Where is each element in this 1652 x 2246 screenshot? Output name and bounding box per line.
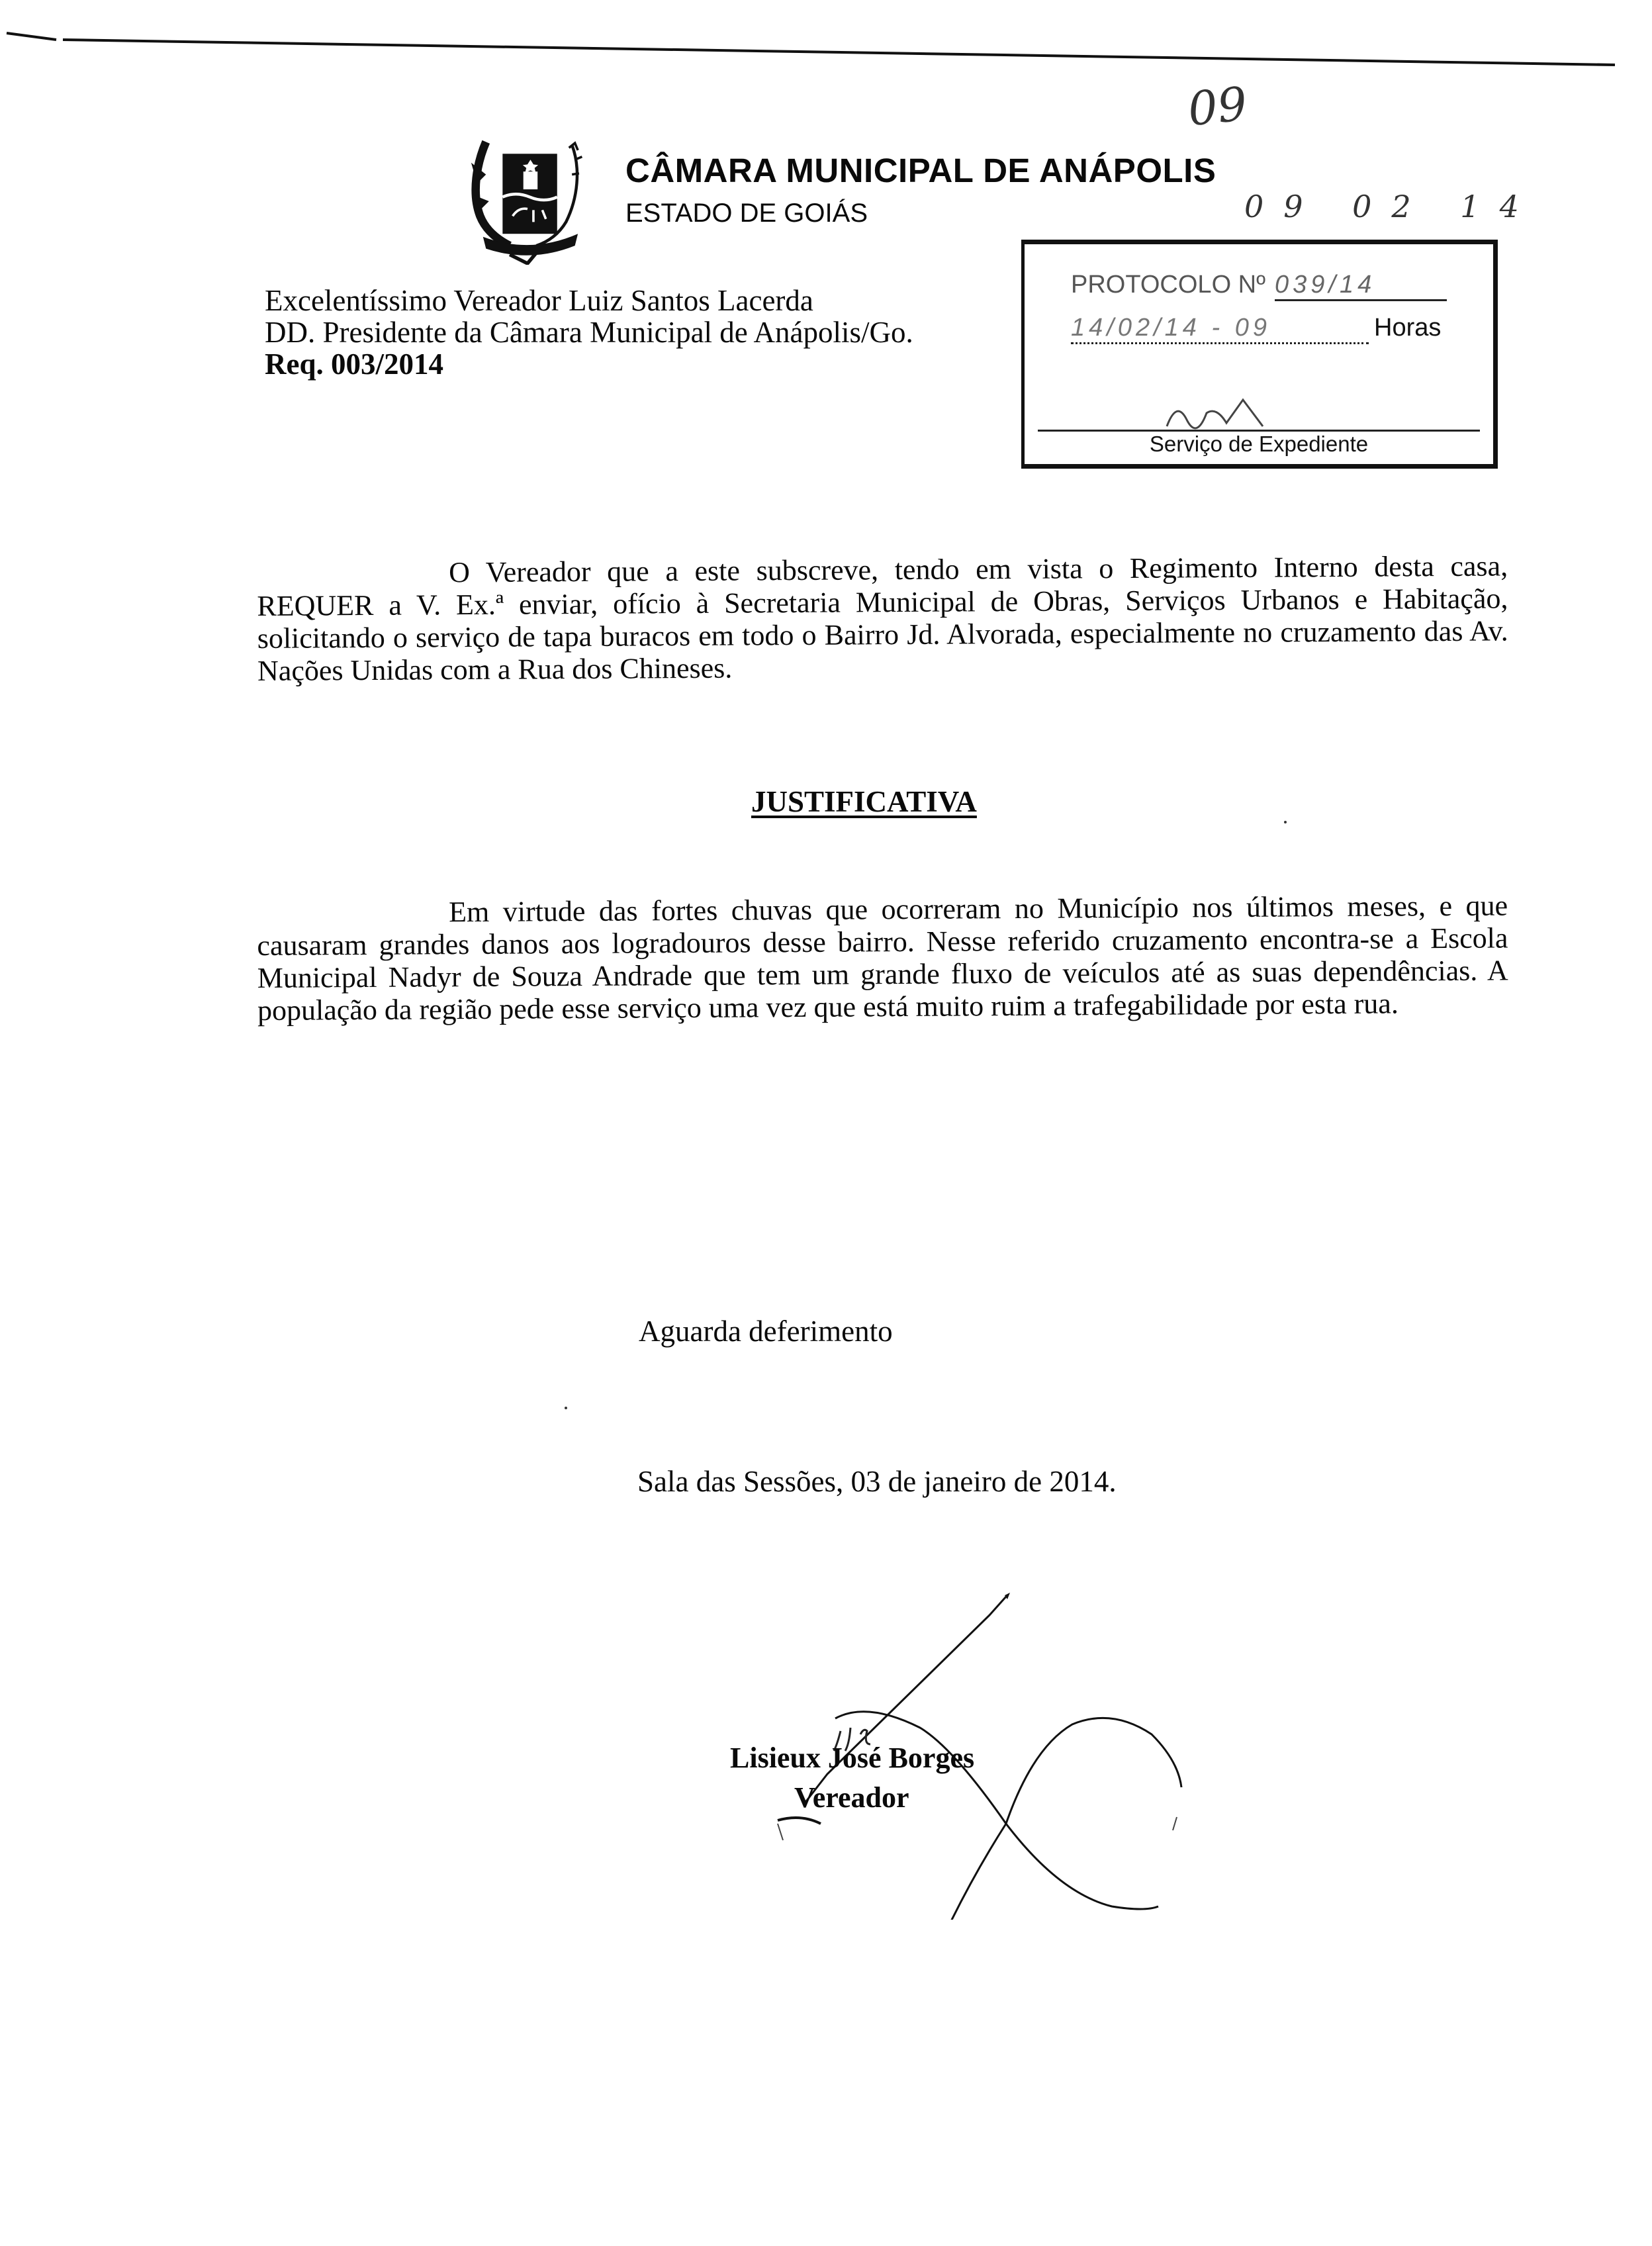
organization-state: ESTADO DE GOIÁS: [625, 199, 868, 228]
protocol-number-row: PROTOCOLO Nº039/14: [1071, 271, 1447, 301]
signer-name: Lisieux José Borges: [730, 1741, 974, 1775]
stamp-footer: Serviço de Expediente: [1025, 432, 1493, 457]
handwritten-date: 09 02 14: [1244, 189, 1539, 224]
scan-border-line: [0, 0, 1652, 93]
hours-label: Horas: [1374, 314, 1441, 342]
stamp-signature: [1164, 387, 1269, 433]
signer-role: Vereador: [794, 1781, 909, 1814]
organization-title: CÂMARA MUNICIPAL DE ANÁPOLIS: [625, 151, 1216, 190]
coat-of-arms-icon: [453, 126, 596, 265]
request-body: O Vereador que a este subscreve, tendo e…: [257, 549, 1508, 687]
justification-heading: JUSTIFICATIVA: [751, 784, 977, 819]
request-paragraph: O Vereador que a este subscreve, tendo e…: [257, 549, 1508, 687]
protocol-stamp: PROTOCOLO Nº039/14 14/02/14 - 09Horas Se…: [1021, 240, 1498, 469]
addressee-title: DD. Presidente da Câmara Municipal de An…: [265, 316, 913, 348]
scan-speck: [1284, 821, 1287, 823]
scan-speck: [565, 1407, 567, 1409]
protocol-number: 039/14: [1275, 271, 1447, 301]
request-reference: Req. 003/2014: [265, 348, 913, 380]
protocol-label: PROTOCOLO Nº: [1071, 271, 1265, 299]
protocol-date-row: 14/02/14 - 09Horas: [1071, 314, 1441, 344]
place-and-date: Sala das Sessões, 03 de janeiro de 2014.: [637, 1464, 1117, 1499]
justification-body: Em virtude das fortes chuvas que ocorrer…: [257, 889, 1508, 1027]
addressee-name: Excelentíssimo Vereador Luiz Santos Lace…: [265, 285, 913, 316]
protocol-date: 14/02/14 - 09: [1071, 314, 1369, 344]
addressee-block: Excelentíssimo Vereador Luiz Santos Lace…: [265, 285, 913, 380]
justification-paragraph: Em virtude das fortes chuvas que ocorrer…: [257, 889, 1508, 1027]
closing-salutation: Aguarda deferimento: [639, 1314, 893, 1348]
handwritten-page-mark: 09: [1185, 77, 1250, 137]
